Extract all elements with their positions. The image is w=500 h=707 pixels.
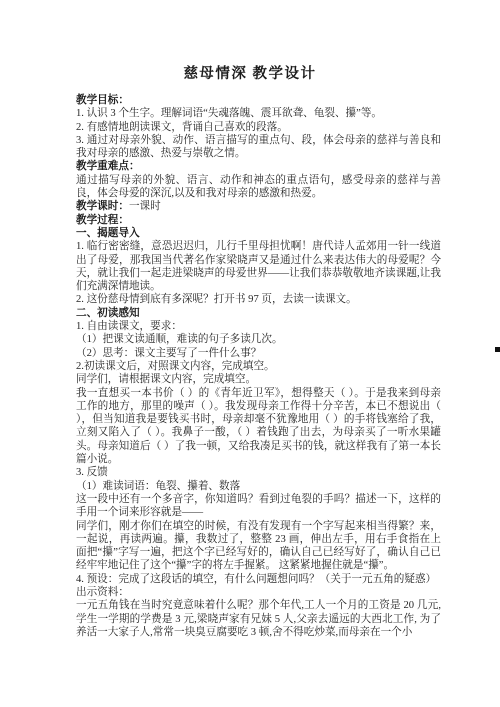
document-body: 教学目标：1. 认识 3 个生字。理解词语“失魂落魄、震耳欲聋、龟裂、攥”等。2…	[76, 94, 441, 639]
paragraph: 2. 有感情地朗读课文，背诵自己喜欢的段落。	[76, 121, 441, 134]
paragraph: 1. 认识 3 个生字。理解词语“失魂落魄、震耳欲聋、龟裂、攥”等。	[76, 107, 441, 120]
section-heading: 教学重难点：	[76, 160, 441, 173]
paragraph: 同学们，刚才你们在填空的时候，有没有发现有一个字写起来相当得繁？来，一起说，再读…	[76, 520, 441, 573]
paragraph: 1. 临行密密缝，意恐迟迟归，儿行千里母担忧啊！唐代诗人孟郊用一针一线道出了母爱…	[76, 240, 441, 293]
paragraph: 2.初读课文后，对照课文内容，完成填空。	[76, 360, 441, 373]
paragraph: 一元五角钱在当时究竟意味着什么呢？那个年代,工人一个月的工资是 20 几元,学生…	[76, 599, 441, 639]
paragraph: 同学们，请根据课文内容，完成填空。	[76, 373, 441, 386]
paragraph: （1）难读词语：龟裂、攥着、数落	[76, 480, 441, 493]
section-heading: 一、揭题导入	[76, 227, 441, 240]
section-heading: 二、初读感知	[76, 307, 441, 320]
paragraph: 4. 预设：完成了这段话的填空，有什么问题想问吗？（关于一元五角的疑惑）	[76, 573, 441, 586]
section-heading: 教学课时：一课时	[76, 200, 441, 213]
paragraph: 2. 这份慈母情到底有多深呢？打开书 97 页，去读一读课文。	[76, 293, 441, 306]
paragraph: 1. 自由读课文，要求：	[76, 320, 441, 333]
paragraph: 我一直想买一本书价（ ）的《青年近卫军》，想得整天（ ）。于是我来到母亲工作的地…	[76, 387, 441, 467]
section-heading: 教学过程：	[76, 214, 441, 227]
document-page: 慈母情深 教学设计 教学目标：1. 认识 3 个生字。理解词语“失魂落魄、震耳欲…	[0, 0, 500, 707]
paragraph: （2）思考：课文主要写了一件什么事？	[76, 347, 441, 360]
paragraph: 通过描写母亲的外貌、语言、动作和神态的重点语句，感受母亲的慈祥与善良，体会母爱的…	[76, 174, 441, 201]
paragraph: 3. 通过对母亲外貌、动作、语言描写的重点句、段，体会母亲的慈祥与善良和我对母亲…	[76, 134, 441, 161]
section-heading: 教学目标：	[76, 94, 441, 107]
paragraph: （1）把课文读通顺，难读的句子多读几次。	[76, 333, 441, 346]
scan-artifact-dot	[495, 347, 500, 352]
paragraph: 出示资料：	[76, 586, 441, 599]
paragraph: 3. 反馈	[76, 466, 441, 479]
paragraph: 这一段中还有一个多音字，你知道吗？看到过龟裂的手吗？描述一下，这样的手用一个词来…	[76, 493, 441, 520]
document-title: 慈母情深 教学设计	[0, 62, 500, 83]
